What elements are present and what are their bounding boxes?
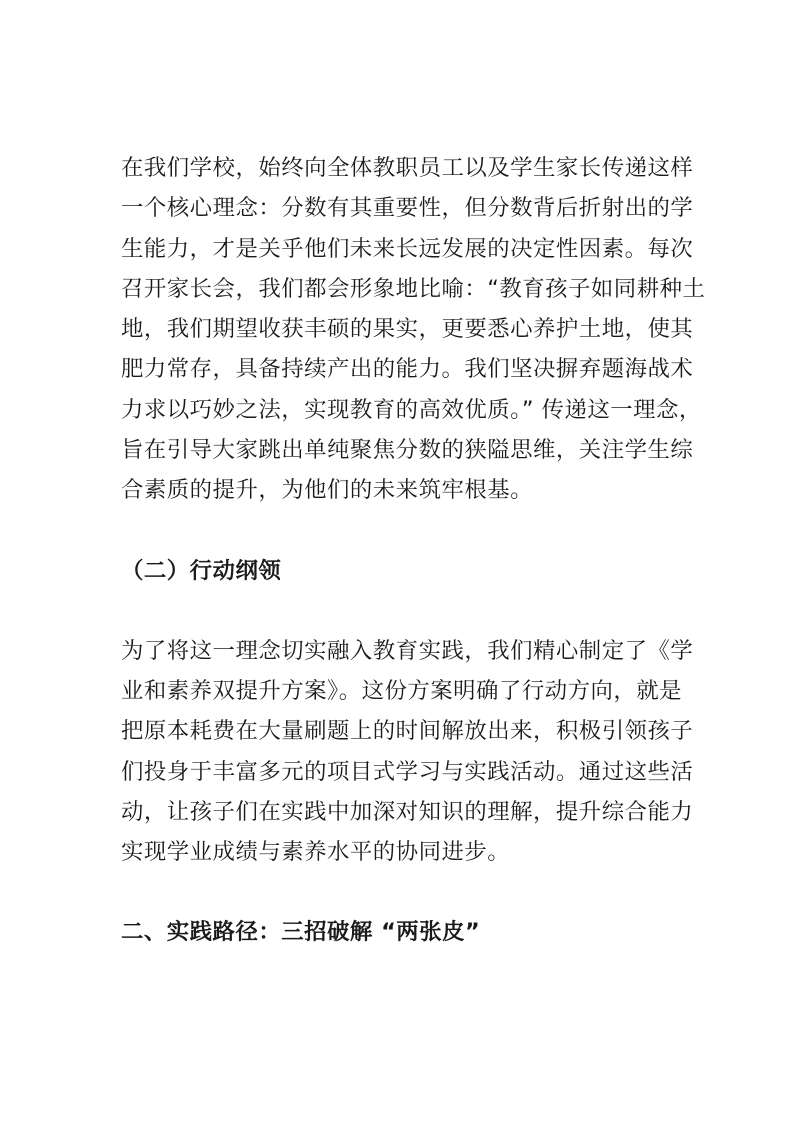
text-line: 肥力常存，具备持续产出的能力。我们坚决摒弃题海战术: [121, 349, 677, 389]
spacer: [121, 872, 677, 912]
spacer: [121, 591, 677, 631]
paragraph-action-plan: 为了将这一理念切实融入教育实践，我们精心制定了《学 业和素养双提升方案》。这份方…: [121, 631, 677, 873]
text-line: 力求以巧妙之法，实现教育的高效优质。” 传递这一理念，: [121, 390, 677, 430]
section-heading-practice-path: 二、实践路径：三招破解 “两张皮”: [121, 912, 677, 952]
section-heading-action-guideline: （二）行动纲领: [121, 551, 677, 591]
paragraph-core-philosophy: 在我们学校，始终向全体教职员工以及学生家长传递这样 一个核心理念：分数有其重要性…: [121, 148, 677, 511]
text-line: 动，让孩子们在实践中加深对知识的理解，提升综合能力: [121, 792, 677, 832]
text-line: 召开家长会，我们都会形象地比喻：“教育孩子如同耕种土: [121, 269, 677, 309]
text-line: 生能力，才是关乎他们未来长远发展的决定性因素。每次: [121, 229, 677, 269]
text-line: 一个核心理念：分数有其重要性，但分数背后折射出的学: [121, 188, 677, 228]
text-line: 在我们学校，始终向全体教职员工以及学生家长传递这样: [121, 148, 677, 188]
text-line: 为了将这一理念切实融入教育实践，我们精心制定了《学: [121, 631, 677, 671]
text-line: 地，我们期望收获丰硕的果实，更要悉心养护土地，使其: [121, 309, 677, 349]
text-line: 业和素养双提升方案》。这份方案明确了行动方向，就是: [121, 671, 677, 711]
document-page: 在我们学校，始终向全体教职员工以及学生家长传递这样 一个核心理念：分数有其重要性…: [121, 148, 677, 952]
text-line: 实现学业成绩与素养水平的协同进步。: [121, 832, 677, 872]
text-line: 们投身于丰富多元的项目式学习与实践活动。通过这些活: [121, 752, 677, 792]
spacer: [121, 511, 677, 551]
text-line: 把原本耗费在大量刷题上的时间解放出来，积极引领孩子: [121, 711, 677, 751]
text-line: 合素质的提升，为他们的未来筑牢根基。: [121, 470, 677, 510]
text-line: 旨在引导大家跳出单纯聚焦分数的狭隘思维，关注学生综: [121, 430, 677, 470]
